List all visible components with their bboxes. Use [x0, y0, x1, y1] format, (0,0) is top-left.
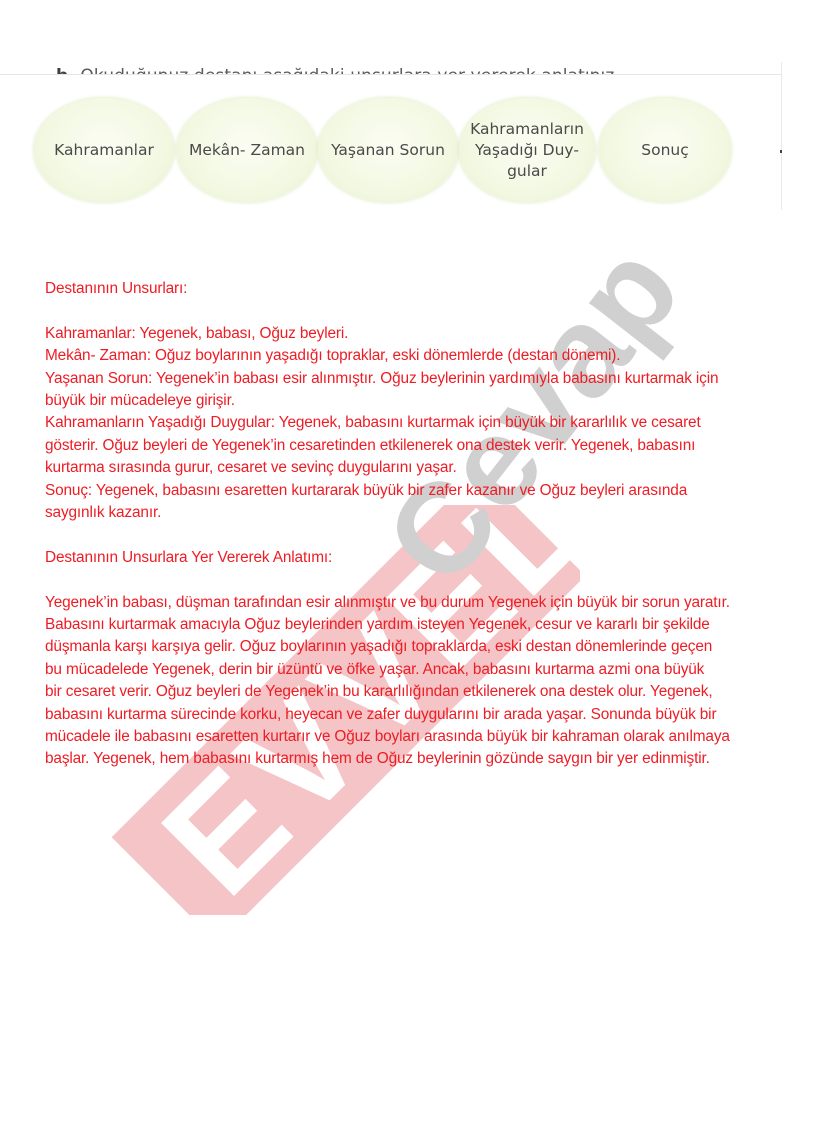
- answer-line: Mekân- Zaman: Oğuz boylarının yaşadığı t…: [45, 345, 839, 367]
- answer-line: Yaşanan Sorun: Yegenek’in babası esir al…: [45, 368, 839, 390]
- oval-kahramanlar: Kahramanlar: [34, 98, 174, 202]
- answer-line: Yegenek’in babası, düşman tarafından esi…: [45, 592, 839, 614]
- section-title: Destanının Unsurlara Yer Vererek Anlatım…: [45, 547, 839, 569]
- oval-yasanan-sorun: Yaşanan Sorun: [318, 98, 458, 202]
- oval-sonuc: Sonuç: [599, 98, 731, 202]
- answer-line: babasını kurtarma sürecinde korku, heyec…: [45, 704, 839, 726]
- answer-line: mücadele ile babasını esaretten kurtarır…: [45, 726, 839, 748]
- answer-line: düşmanla karşı karşıya gelir. Oğuz boyla…: [45, 636, 839, 658]
- elements-list: Kahramanlar: Yegenek, babası, Oğuz beyle…: [45, 323, 839, 525]
- stray-mark: [780, 150, 782, 153]
- answer-line: Kahramanlar: Yegenek, babası, Oğuz beyle…: [45, 323, 839, 345]
- oval-label: Yaşanan Sorun: [331, 140, 445, 161]
- answer-line: Sonuç: Yegenek, babasını esaretten kurta…: [45, 480, 839, 502]
- textbook-exercise-image: b. Okuduğunuz destanı aşağıdaki unsurlar…: [0, 62, 782, 210]
- oval-label-line: Yaşadığı Duy-: [470, 140, 584, 161]
- oval-label: Sonuç: [641, 140, 689, 161]
- oval-label-line: gular: [470, 161, 584, 182]
- answer-line: bu mücadelede Yegenek, derin bir üzüntü …: [45, 659, 839, 681]
- crop-line: [0, 74, 782, 95]
- answer-line: saygınlık kazanır.: [45, 502, 839, 524]
- narrative-paragraph: Yegenek’in babası, düşman tarafından esi…: [45, 592, 839, 771]
- section-title: Destanının Unsurları:: [45, 278, 839, 300]
- oval-mekan-zaman: Mekân- Zaman: [177, 98, 317, 202]
- oval-label: Kahramanlar: [54, 140, 154, 161]
- answer-line: gösterir. Oğuz beyleri de Yegenek’in ces…: [45, 435, 839, 457]
- oval-kahramanlarin-duygulari: Kahramanların Yaşadığı Duy- gular: [459, 98, 595, 202]
- crop-edge: [781, 62, 782, 210]
- answer-line: Kahramanların Yaşadığı Duygular: Yegenek…: [45, 412, 839, 434]
- answer-line: bir cesaret verir. Oğuz beyleri de Yegen…: [45, 681, 839, 703]
- answer-text: Destanının Unsurları: Kahramanlar: Yegen…: [45, 278, 839, 771]
- answer-line: kurtarma sırasında gurur, cesaret ve sev…: [45, 457, 839, 479]
- element-ovals: Kahramanlar Mekân- Zaman Yaşanan Sorun K…: [34, 98, 774, 208]
- oval-label-line: Kahramanların: [470, 119, 584, 140]
- oval-label: Mekân- Zaman: [189, 140, 305, 161]
- answer-line: Babasını kurtarmak amacıyla Oğuz beyleri…: [45, 614, 839, 636]
- answer-line: büyük bir mücadeleye girişir.: [45, 390, 839, 412]
- answer-line: başlar. Yegenek, hem babasını kurtarmış …: [45, 748, 839, 770]
